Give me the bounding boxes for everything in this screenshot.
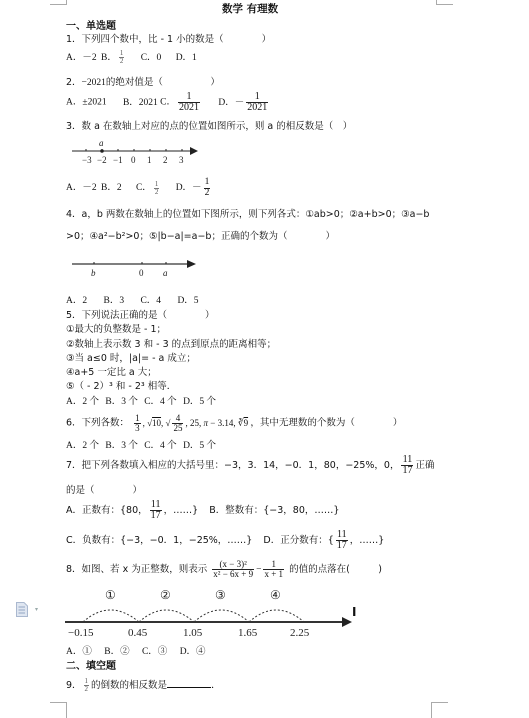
question-4-stem-line-2: >0；④a²−b²>0；⑤|b−a|=a−b；正确的个数为（ ） xyxy=(66,228,335,242)
question-8-number-line: ① ② ③ ④ −0.15 0.45 1.05 1.65 2.25 xyxy=(62,586,362,638)
question-4-options: A．2 B．3 C．4 D．5 xyxy=(66,292,199,306)
question-8-stem: 8．如图、若 x 为正整数，则表示 (x − 3)²x² − 6x + 9−1x… xyxy=(66,560,382,579)
svg-text:0.45: 0.45 xyxy=(128,627,148,638)
option-d: D．5 xyxy=(177,296,198,306)
option-c: C．③ xyxy=(142,647,167,657)
svg-text:−2: −2 xyxy=(97,155,107,165)
fraction: 12021 xyxy=(178,92,200,113)
option-c: C．4 个 xyxy=(144,441,176,451)
fraction: 12 xyxy=(119,50,125,65)
option-b: B．整数有：{−3，80，……} xyxy=(209,505,339,516)
question-9-stem: 9．12的倒数的相反数是． xyxy=(66,677,221,693)
option-a: A．2 个 xyxy=(66,441,99,451)
option-c: C． xyxy=(160,98,176,108)
svg-text:b: b xyxy=(91,268,96,278)
page-corner-bottom-right xyxy=(431,702,448,718)
expression-2: 1x + 1 xyxy=(263,560,284,579)
statement-2: ②数轴上表示数 3 和 - 3 的点到原点的距离相等； xyxy=(66,336,276,350)
option-c: C．负数有：{−3，−0．1，−25%，……} xyxy=(66,535,252,546)
svg-text:①: ① xyxy=(105,588,116,602)
document-title: 数学 有理数 xyxy=(222,1,278,16)
option-a: A．－2 xyxy=(66,53,97,63)
page-corner-bottom-left xyxy=(50,702,67,718)
option-d: D．④ xyxy=(180,647,206,657)
statement-3: ③当 a≤0 时，|a|= - a 成立； xyxy=(66,350,196,364)
page-corner-top-left xyxy=(50,0,67,5)
svg-text:a: a xyxy=(99,138,104,148)
question-3-options: A．－2 B．2 C．12 D．－12 xyxy=(66,178,212,198)
statement-1: ①最大的负整数是 - 1； xyxy=(66,321,166,335)
fraction: 12021 xyxy=(246,92,268,113)
option-c: C．0 xyxy=(141,53,162,63)
option-c: C．4 xyxy=(140,296,161,306)
option-a: A．±2021 xyxy=(66,98,107,108)
option-b: B．2021 xyxy=(123,98,158,108)
question-6-options: A．2 个 B．3 个 C．4 个 D．5 个 xyxy=(66,437,216,451)
fraction: 12 xyxy=(154,181,160,196)
option-c: C．4 个 xyxy=(144,397,176,407)
question-1-options: A．－2 B．12 C．0 D．1 xyxy=(66,49,197,65)
option-d: D．5 个 xyxy=(183,441,216,451)
question-8-options: A．① B．② C．③ D．④ xyxy=(66,643,206,657)
svg-text:−1: −1 xyxy=(113,155,123,165)
question-3-stem: 3．数 a 在数轴上对应的点的位置如图所示，则 a 的相反数是（ ） xyxy=(66,118,352,132)
svg-text:④: ④ xyxy=(270,588,281,602)
svg-text:−0.15: −0.15 xyxy=(68,627,94,638)
svg-text:0: 0 xyxy=(131,155,136,165)
svg-text:3: 3 xyxy=(179,155,184,165)
expression-1: (x − 3)²x² − 6x + 9 xyxy=(212,560,254,579)
svg-text:1.65: 1.65 xyxy=(238,627,258,638)
svg-text:a: a xyxy=(163,268,168,278)
option-a: A．2 个 xyxy=(66,397,99,407)
option-a: A．正数有：{80，1117，……} xyxy=(66,505,198,516)
option-a: A．① xyxy=(66,647,92,657)
question-5-options: A．2 个 B．3 个 C．4 个 D．5 个 xyxy=(66,393,216,407)
section-heading-single-choice: 一、单选题 xyxy=(66,17,116,32)
section-heading-fill-blank: 二、填空题 xyxy=(66,657,116,672)
document-icon[interactable] xyxy=(16,602,28,617)
statement-4: ④a+5 一定比 a 大； xyxy=(66,364,157,378)
option-d: D．－ xyxy=(176,183,202,193)
option-b: B．3 个 xyxy=(105,397,137,407)
page-corner-top-right xyxy=(436,0,453,5)
statement-5: ⑤（ - 2）³ 和 - 2³ 相等． xyxy=(66,378,176,392)
option-a: A．－2 xyxy=(66,183,97,193)
option-b: B．2 xyxy=(101,183,122,193)
question-2-stem: 2．−2021的绝对值是（ ） xyxy=(66,74,220,88)
question-4-number-line: b 0 a xyxy=(70,256,200,278)
question-2-options: A．±2021 B．2021 C．12021 D．－12021 xyxy=(66,92,270,113)
question-3-number-line: −3 −2 −1 0 1 2 3 a xyxy=(70,136,200,166)
option-b: B． xyxy=(101,53,117,63)
svg-text:−3: −3 xyxy=(82,155,92,165)
question-6-stem: 6．下列各数： 13, √10, √425, 25, π − 3.14, ∛9 … xyxy=(66,414,402,433)
option-b: B．3 个 xyxy=(105,441,137,451)
chevron-down-icon[interactable]: ▾ xyxy=(35,606,38,613)
option-d: D．－ xyxy=(218,98,244,108)
svg-text:2.25: 2.25 xyxy=(290,627,310,638)
fraction: 12 xyxy=(84,678,90,693)
svg-text:0: 0 xyxy=(139,268,144,278)
svg-text:1.05: 1.05 xyxy=(183,627,203,638)
question-7-stem-line-1: 7．把下列各数填入相应的大括号里：−3，3．14，−0．1，80，−25%，0，… xyxy=(66,455,434,476)
question-4-stem-line-1: 4．a，b 两数在数轴上的位置如下图所示，则下列各式：①ab>0；②a+b>0；… xyxy=(66,206,429,220)
option-a: A．2 xyxy=(66,296,87,306)
question-7-stem-line-2: 的是（ ） xyxy=(66,482,142,496)
svg-text:2: 2 xyxy=(163,155,168,165)
option-b: B．3 xyxy=(104,296,125,306)
question-7-options-ab: A．正数有：{80，1117，……} B．整数有：{−3，80，……} xyxy=(66,500,339,521)
answer-blank[interactable] xyxy=(167,678,211,688)
fraction: 12 xyxy=(204,178,211,198)
option-d: D．5 个 xyxy=(183,397,216,407)
text-cursor-icon: I xyxy=(352,605,356,619)
option-c: C． xyxy=(136,183,152,193)
question-1-stem: 1．下列四个数中，比 - 1 小的数是（ ） xyxy=(66,31,271,45)
number-list: 13, √10, √425, 25, π − 3.14, ∛9 xyxy=(132,418,250,428)
option-d: D．正分数有：{1117，……} xyxy=(263,535,384,546)
question-5-stem: 5．下列说法正确的是（ ） xyxy=(66,307,215,321)
svg-text:1: 1 xyxy=(147,155,152,165)
fraction: 1117 xyxy=(401,455,413,476)
svg-text:②: ② xyxy=(160,588,171,602)
option-d: D．1 xyxy=(176,53,197,63)
option-b: B．② xyxy=(104,647,129,657)
svg-text:③: ③ xyxy=(215,588,226,602)
question-7-options-cd: C．负数有：{−3，−0．1，−25%，……} D．正分数有：{1117，……} xyxy=(66,530,384,551)
